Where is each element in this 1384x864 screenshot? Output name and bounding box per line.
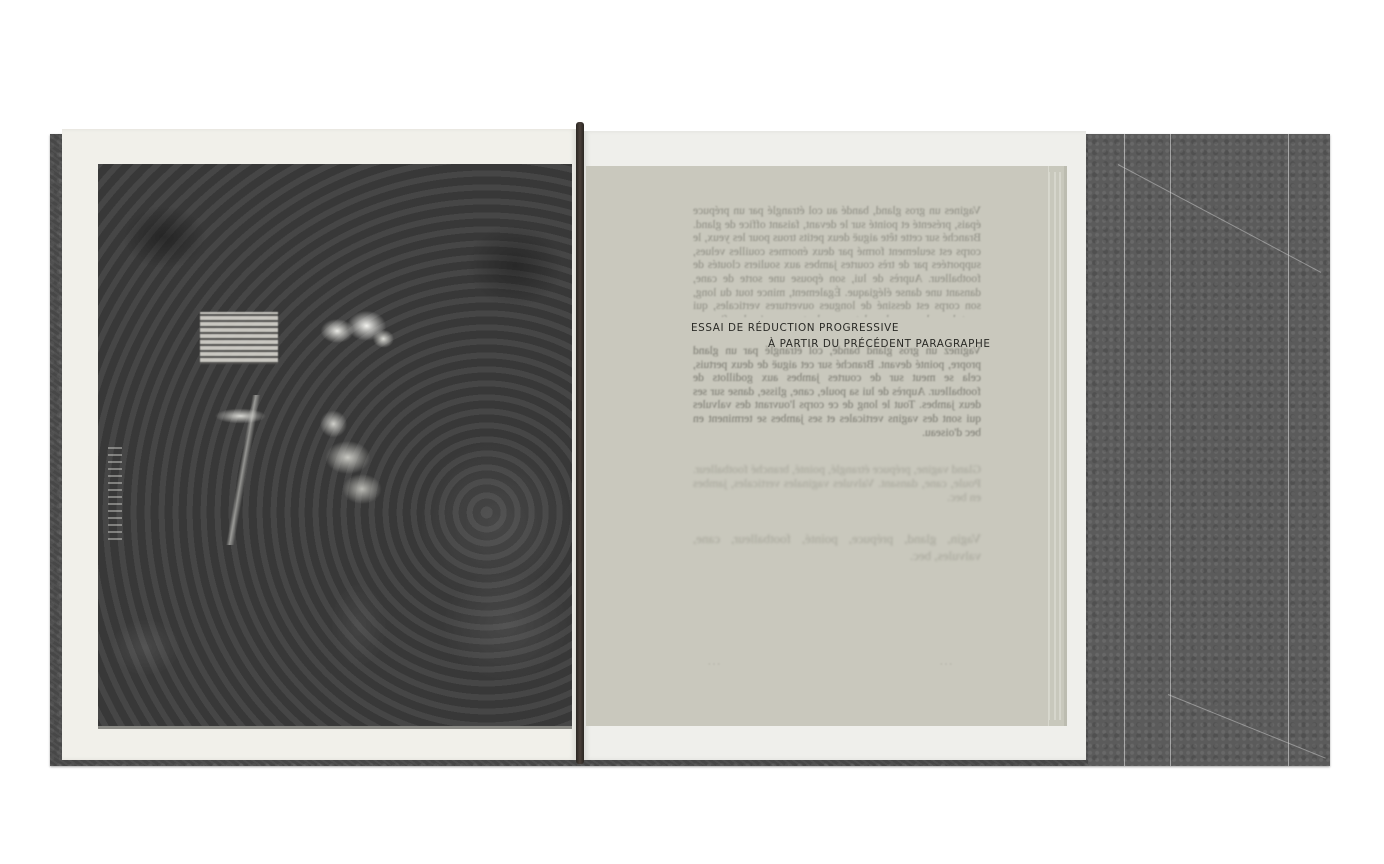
flower-motif: [312, 305, 396, 357]
page-footer-left: · · ·: [708, 660, 720, 669]
bird-motif: [200, 395, 290, 545]
fold-line: [1288, 134, 1289, 766]
title-line-1: ESSAI DE RÉDUCTION PROGRESSIVE: [691, 322, 899, 334]
flap-scratch: [1168, 694, 1326, 759]
title-line-2: À PARTIR DU PRÉCÉDENT PARAGRAPHE: [768, 338, 991, 350]
cover-flap: [1088, 134, 1330, 766]
page-footer-right: · · ·: [940, 660, 952, 669]
show-through-text-block: Vaginez un gros gland bandé, col étrangl…: [693, 345, 981, 441]
spine-binding-cord: [576, 122, 584, 764]
fold-line: [1124, 134, 1125, 766]
signature-mark: [108, 445, 122, 540]
script-fragment: [200, 312, 278, 364]
show-through-text-block: Vagin, gland, prépuce, pointé, footballe…: [693, 530, 981, 570]
sheet-edge: [1054, 172, 1056, 720]
sheet-edge: [1048, 172, 1050, 720]
fold-line: [1170, 134, 1171, 766]
sheet-edge: [1059, 172, 1061, 720]
show-through-text-block: Vagines un gros gland, bandé au col étra…: [693, 205, 981, 317]
flap-scratch: [1118, 164, 1322, 273]
figure-motif: [305, 405, 400, 510]
show-through-text-block: Gland vagine, prépuce étranglé, pointé, …: [693, 462, 981, 512]
